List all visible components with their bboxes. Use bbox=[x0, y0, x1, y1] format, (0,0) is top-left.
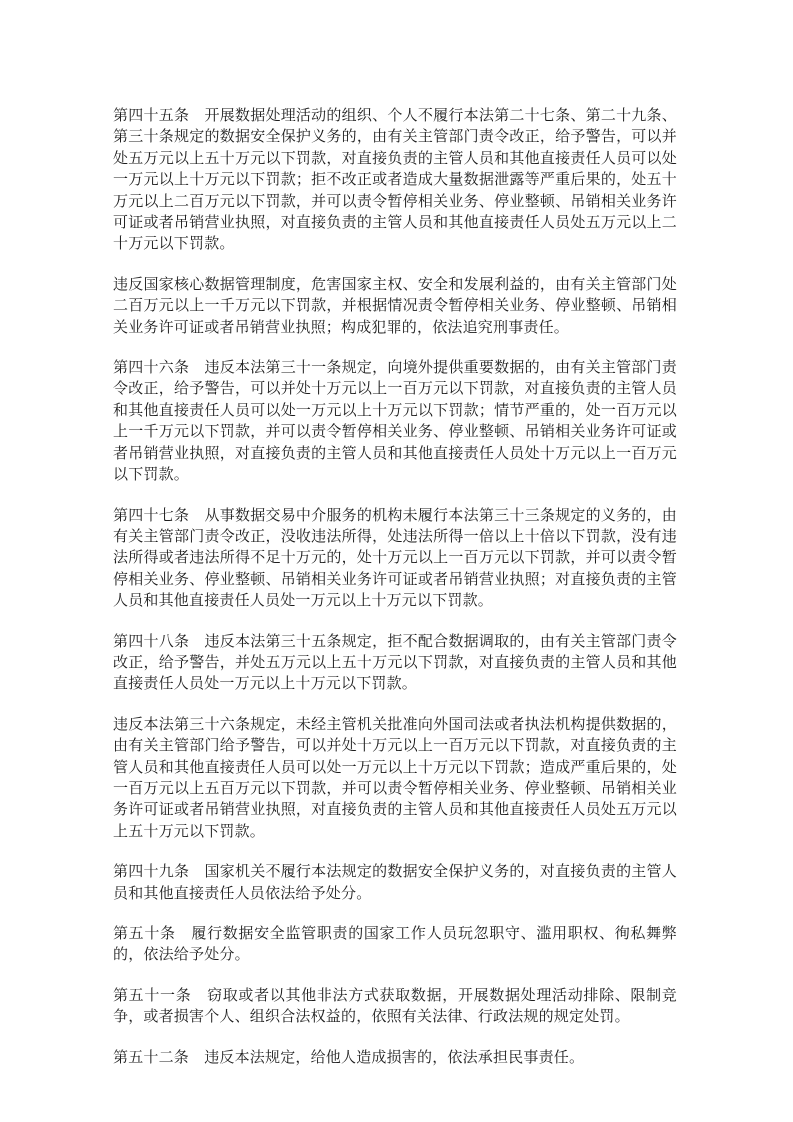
law-article-paragraph: 第四十七条 从事数据交易中介服务的机构未履行本法第三十三条规定的义务的，由有关主… bbox=[113, 506, 677, 613]
law-article-paragraph: 第四十八条 违反本法第三十五条规定，拒不配合数据调取的，由有关主管部门责令改正，… bbox=[113, 632, 677, 696]
law-article-paragraph: 第四十五条 开展数据处理活动的组织、个人不履行本法第二十七条、第二十九条、第三十… bbox=[113, 106, 677, 256]
law-text-body: 第四十五条 开展数据处理活动的组织、个人不履行本法第二十七条、第二十九条、第三十… bbox=[113, 106, 677, 1069]
law-article-paragraph: 第五十一条 窃取或者以其他非法方式获取数据，开展数据处理活动排除、限制竞争，或者… bbox=[113, 986, 677, 1029]
law-article-paragraph: 第四十六条 违反本法第三十一条规定，向境外提供重要数据的，由有关主管部门责令改正… bbox=[113, 358, 677, 486]
law-article-paragraph: 第五十二条 违反本法规定，给他人造成损害的，依法承担民事责任。 bbox=[113, 1048, 677, 1069]
law-article-paragraph: 第四十九条 国家机关不履行本法规定的数据安全保护义务的，对直接负责的主管人员和其… bbox=[113, 862, 677, 905]
law-article-paragraph: 违反本法第三十六条规定，未经主管机关批准向外国司法或者执法机构提供数据的，由有关… bbox=[113, 715, 677, 843]
law-article-paragraph: 第五十条 履行数据安全监管职责的国家工作人员玩忽职守、滥用职权、徇私舞弊的，依法… bbox=[113, 924, 677, 967]
document-page: 第四十五条 开展数据处理活动的组织、个人不履行本法第二十七条、第二十九条、第三十… bbox=[0, 0, 793, 1122]
law-article-paragraph: 违反国家核心数据管理制度，危害国家主权、安全和发展利益的，由有关主管部门处二百万… bbox=[113, 275, 677, 339]
